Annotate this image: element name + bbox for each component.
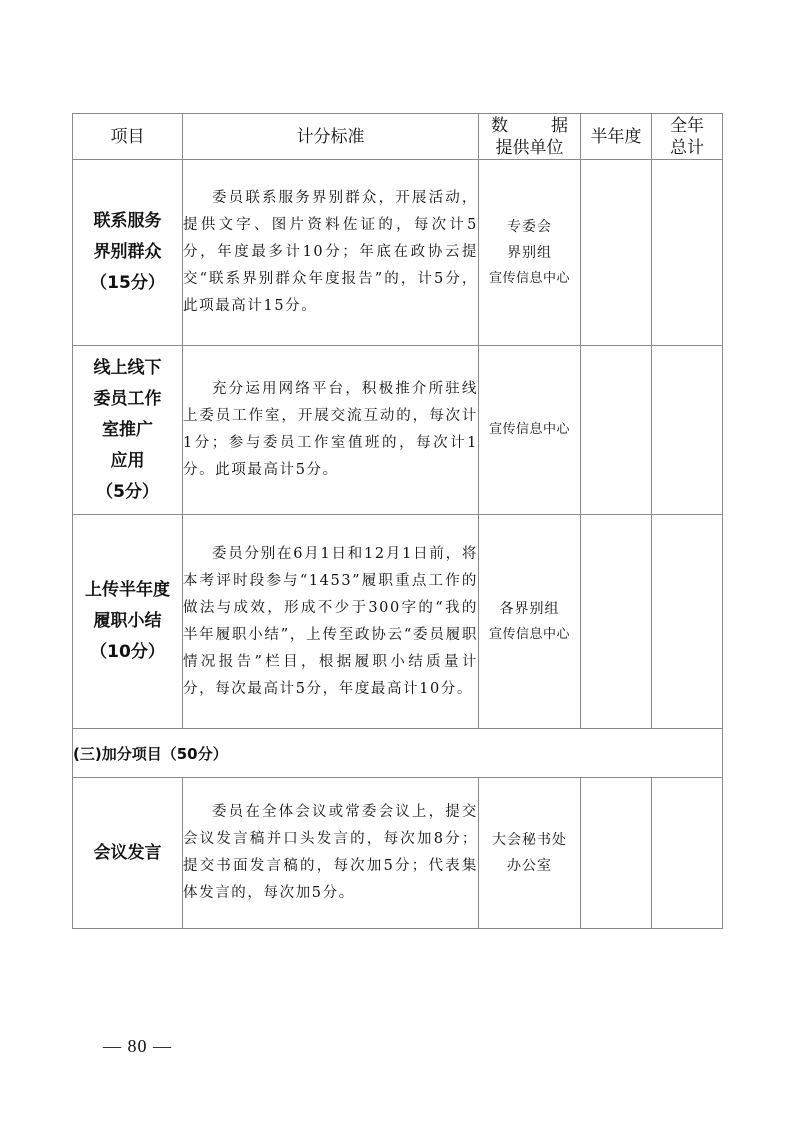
header-text: 全年 [652, 115, 722, 137]
table-row: 会议发言 委员在全体会议或常委会议上，提交会议发言稿并口头发言的，每次加8分；提… [73, 778, 723, 929]
provider-text: 大会秘书处 [479, 827, 580, 853]
table-row: 线上线下 委员工作 室推广 应用 （5分） 充分运用网络平台，积极推介所驻线上委… [73, 346, 723, 515]
item-points: （15分） [73, 268, 182, 299]
item-text: 线上线下 [73, 353, 182, 384]
item-text: 上传半年度 [73, 575, 182, 606]
provider-text: 各界别组 [479, 596, 580, 622]
provider-cell: 各界别组 宣传信息中心 [479, 515, 581, 729]
item-text: 会议发言 [73, 838, 182, 869]
header-item: 项目 [73, 114, 183, 160]
annual-total-cell[interactable] [652, 515, 723, 729]
header-annual-total: 全年 总计 [652, 114, 723, 160]
half-year-score-cell[interactable] [581, 515, 652, 729]
item-text: 应用 [73, 446, 182, 477]
header-text: 总计 [652, 137, 722, 159]
annual-total-cell[interactable] [652, 160, 723, 346]
provider-text: 专委会 [479, 214, 580, 240]
section-header-row: (三)加分项目（50分） [73, 729, 723, 778]
criteria-cell: 委员在全体会议或常委会议上，提交会议发言稿并口头发言的，每次加8分；提交书面发言… [183, 778, 479, 929]
item-cell: 联系服务 界别群众 （15分） [73, 160, 183, 346]
item-text: 界别群众 [73, 237, 182, 268]
criteria-text: 委员联系服务界别群众，开展活动，提供文字、图片资料佐证的，每次计5分，年度最多计… [183, 185, 478, 320]
criteria-cell: 委员分别在6月1日和12月1日前，将本考评时段参与“1453”履职重点工作的做法… [183, 515, 479, 729]
provider-text: 宣传信息中心 [479, 266, 580, 292]
annual-total-cell[interactable] [652, 778, 723, 929]
criteria-text: 充分运用网络平台，积极推介所驻线上委员工作室，开展交流互动的，每次计1分；参与委… [183, 376, 478, 484]
item-cell: 会议发言 [73, 778, 183, 929]
provider-text: 宣传信息中心 [479, 417, 580, 443]
item-cell: 线上线下 委员工作 室推广 应用 （5分） [73, 346, 183, 515]
item-points: （5分） [73, 477, 182, 508]
half-year-score-cell[interactable] [581, 778, 652, 929]
page-number: — 80 — [103, 1036, 172, 1057]
item-points: （10分） [73, 637, 182, 668]
header-text: 数 [491, 115, 508, 137]
annual-total-cell[interactable] [652, 346, 723, 515]
item-text: 委员工作 [73, 384, 182, 415]
table-row: 联系服务 界别群众 （15分） 委员联系服务界别群众，开展活动，提供文字、图片资… [73, 160, 723, 346]
header-data-provider-line2: 提供单位 [479, 137, 580, 159]
provider-text: 界别组 [479, 240, 580, 266]
header-data-provider: 数 据 提供单位 [479, 114, 581, 160]
scoring-table: 项目 计分标准 数 据 提供单位 半年度 全年 总计 联系服务 界别群众 （15… [72, 113, 723, 929]
criteria-cell: 充分运用网络平台，积极推介所驻线上委员工作室，开展交流互动的，每次计1分；参与委… [183, 346, 479, 515]
criteria-text: 委员分别在6月1日和12月1日前，将本考评时段参与“1453”履职重点工作的做法… [183, 541, 478, 703]
header-text: 据 [551, 115, 568, 137]
provider-cell: 大会秘书处 办公室 [479, 778, 581, 929]
table-header-row: 项目 计分标准 数 据 提供单位 半年度 全年 总计 [73, 114, 723, 160]
provider-text: 宣传信息中心 [479, 622, 580, 648]
item-text: 联系服务 [73, 206, 182, 237]
header-data-provider-line1: 数 据 [479, 115, 580, 137]
header-half-year: 半年度 [581, 114, 652, 160]
section-title: (三)加分项目（50分） [73, 729, 723, 778]
half-year-score-cell[interactable] [581, 346, 652, 515]
item-cell: 上传半年度 履职小结 （10分） [73, 515, 183, 729]
table-row: 上传半年度 履职小结 （10分） 委员分别在6月1日和12月1日前，将本考评时段… [73, 515, 723, 729]
criteria-text: 委员在全体会议或常委会议上，提交会议发言稿并口头发言的，每次加8分；提交书面发言… [183, 799, 478, 907]
half-year-score-cell[interactable] [581, 160, 652, 346]
item-text: 履职小结 [73, 606, 182, 637]
criteria-cell: 委员联系服务界别群众，开展活动，提供文字、图片资料佐证的，每次计5分，年度最多计… [183, 160, 479, 346]
header-criteria: 计分标准 [183, 114, 479, 160]
provider-text: 办公室 [479, 853, 580, 879]
provider-cell: 宣传信息中心 [479, 346, 581, 515]
item-text: 室推广 [73, 415, 182, 446]
provider-cell: 专委会 界别组 宣传信息中心 [479, 160, 581, 346]
